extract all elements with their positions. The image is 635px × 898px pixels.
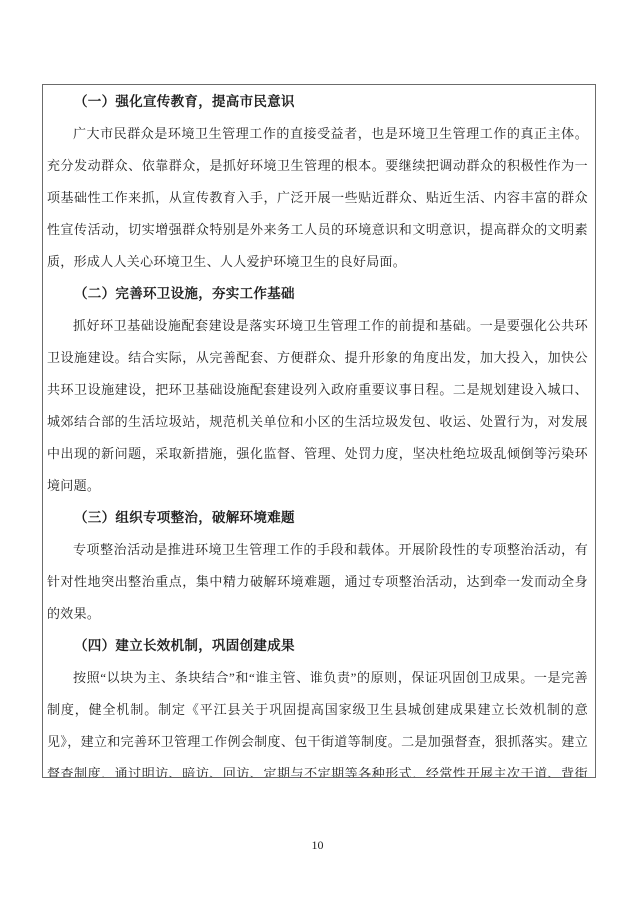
section-4-paragraph: 按照“以块为主、条块结合”和“谁主管、谁负责”的原则，保证巩固创卫成果。一是完善… [47, 662, 588, 778]
section-2-heading: （二）完善环卫设施，夯实工作基础 [47, 278, 588, 310]
page-number: 10 [0, 837, 635, 853]
document-page: （一）强化宣传教育，提高市民意识 广大市民群众是环境卫生管理工作的直接受益者，也… [0, 0, 635, 898]
section-3-heading: （三）组织专项整治，破解环境难题 [47, 502, 588, 534]
content-table-cell: （一）强化宣传教育，提高市民意识 广大市民群众是环境卫生管理工作的直接受益者，也… [42, 84, 596, 778]
section-4-heading: （四）建立长效机制，巩固创建成果 [47, 630, 588, 662]
section-1-heading: （一）强化宣传教育，提高市民意识 [47, 86, 588, 118]
section-3-paragraph: 专项整治活动是推进环境卫生管理工作的手段和载体。开展阶段性的专项整治活动，有针对… [47, 534, 588, 630]
section-1-paragraph: 广大市民群众是环境卫生管理工作的直接受益者，也是环境卫生管理工作的真正主体。充分… [47, 118, 588, 278]
section-2-paragraph: 抓好环卫基础设施配套建设是落实环境卫生管理工作的前提和基础。一是要强化公共环卫设… [47, 310, 588, 502]
